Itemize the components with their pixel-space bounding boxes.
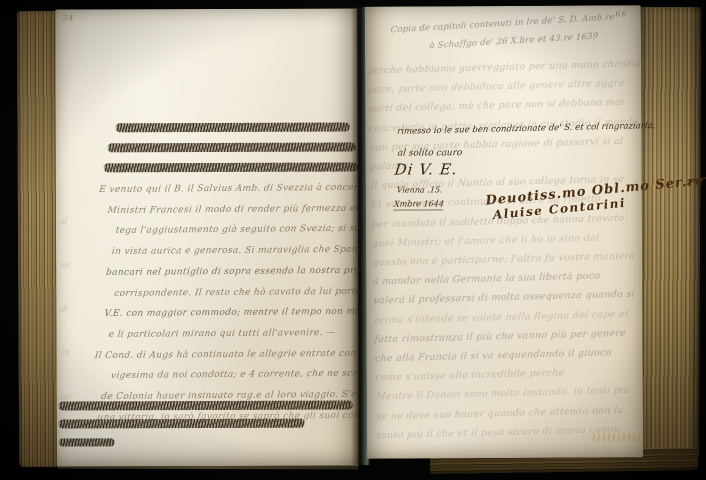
manuscript-photo: 34 alnedichmi E venuto qui il B. il Salv… xyxy=(0,0,706,480)
salutation-line: al solito cauro xyxy=(397,148,463,158)
left-margin-bleed-text: alnedichmi xyxy=(60,199,91,419)
handwritten-line: corrispondente. Il resto che hò cavato d… xyxy=(113,281,357,304)
handwritten-line: Il Cond. di Augs hà continuato le allegr… xyxy=(94,343,358,366)
folio-number-left: 34 xyxy=(62,13,74,22)
struck-out-line xyxy=(59,400,353,410)
bleed-fragment: al xyxy=(57,199,92,243)
struck-out-line xyxy=(108,142,356,152)
handwritten-line: V.E. con maggior commodo; mentre il temp… xyxy=(103,302,357,325)
right-page-header: Copia de capitoli contenuti in lre de' S… xyxy=(390,9,612,58)
bleed-fragment: ch xyxy=(58,331,93,375)
handwritten-line: in vista aurica e generosa. Si maravigli… xyxy=(111,240,357,263)
struck-out-line xyxy=(59,419,305,429)
handwritten-line: bancari nel puntiglio di sopra essendo l… xyxy=(105,261,357,284)
folio-number-right: 66 xyxy=(616,9,628,18)
struck-out-line xyxy=(116,123,350,133)
left-page-body-text: E venuto qui il B. il Salvius Amb. di Sv… xyxy=(93,178,357,429)
handwritten-line: e li particolari mirano qui tutti all'av… xyxy=(107,323,357,346)
left-page: 34 alnedichmi E venuto qui il B. il Salv… xyxy=(55,8,359,466)
handwritten-line: tega l'aggiustamento già seguito con Sve… xyxy=(114,219,356,242)
right-page-bleed-through-text: perche habbiamo guerreggiato per una man… xyxy=(367,55,641,446)
struck-out-line xyxy=(59,438,115,446)
struck-out-line xyxy=(104,162,358,172)
right-page: 66 Copia de capitoli contenuti in lre de… xyxy=(365,5,643,458)
handwritten-line: E venuto qui il B. il Salvius Amb. di Sv… xyxy=(98,178,356,201)
place-line: Vienna .15. xyxy=(396,185,443,194)
bleed-fragment: di xyxy=(58,287,93,331)
handwritten-line: vigesima da noi condotta; e 4 corrente, … xyxy=(110,364,358,387)
right-fore-edge-pages xyxy=(639,7,701,459)
struck-out-lines-bottom xyxy=(59,400,359,457)
address-abbreviation: Di V. E. xyxy=(394,160,459,178)
date-line: Xmbre 1644 xyxy=(393,199,444,210)
handwritten-line: Ministri Francesi il modo di render più … xyxy=(106,198,356,221)
marginal-note-smudge xyxy=(593,433,643,441)
struck-out-lines-top xyxy=(112,122,368,183)
bleed-fragment: ne xyxy=(57,243,92,287)
